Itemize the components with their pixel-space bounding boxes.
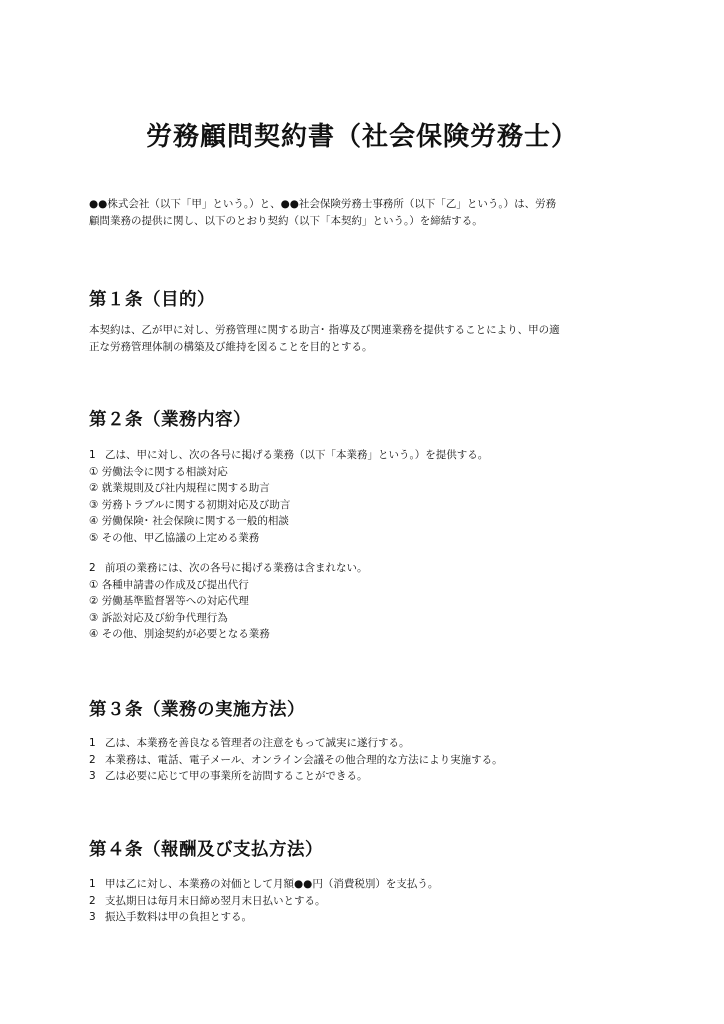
clause-text: 甲は乙に対し、本業務の対価として月額●●円（消費税別）を支払う。 — [105, 878, 438, 890]
clause-number: 2 — [89, 560, 105, 577]
clause-text: 支払期日は毎月末日締め翌月末日払いとする。 — [105, 895, 326, 907]
article-2-clause-1: 1乙は、甲に対し、次の各号に掲げる業務（以下「本業務」という。）を提供する。 ①… — [89, 447, 488, 546]
article-3-clauses: 1乙は、本業務を善良なる管理者の注意をもって誠実に遂行する。 2本業務は、電話、… — [89, 735, 503, 785]
list-item: ③ 訴訟対応及び紛争代理行為 — [89, 610, 368, 627]
article-1-body: 本契約は、乙が甲に対し、労務管理に関する助言･ 指導及び関連業務を提供することに… — [89, 322, 649, 356]
clause-number: 2 — [89, 752, 105, 769]
list-item: ① 各種申請書の作成及び提出代行 — [89, 577, 368, 594]
list-item: ④ 労働保険･ 社会保険に関する一般的相談 — [89, 513, 488, 530]
clause-text: 本業務は、電話、電子メール、オンライン会議その他合理的な方法により実施する。 — [105, 754, 503, 766]
clause-line: 2前項の業務には、次の各号に掲げる業務は含まれない。 — [89, 560, 368, 577]
clause-number: 2 — [89, 893, 105, 910]
intro-line: 顧問業務の提供に関し、以下のとおり契約（以下「本契約」という。）を締結する。 — [89, 213, 649, 230]
clause-line: 2本業務は、電話、電子メール、オンライン会議その他合理的な方法により実施する。 — [89, 752, 503, 769]
document-title: 労務顧問契約書（社会保険労務士） — [0, 116, 724, 153]
clause-number: 1 — [89, 735, 105, 752]
clause-line: 1乙は、甲に対し、次の各号に掲げる業務（以下「本業務」という。）を提供する。 — [89, 447, 488, 464]
clause-number: 1 — [89, 447, 105, 464]
clause-line: 2支払期日は毎月末日締め翌月末日払いとする。 — [89, 893, 438, 910]
list-item: ① 労働法令に関する相談対応 — [89, 464, 488, 481]
article-1-line: 正な労務管理体制の構築及び維持を図ることを目的とする。 — [89, 339, 649, 356]
list-item: ④ その他、別途契約が必要となる業務 — [89, 626, 368, 643]
article-2-heading: 第２条（業務内容） — [89, 406, 251, 431]
article-1-line: 本契約は、乙が甲に対し、労務管理に関する助言･ 指導及び関連業務を提供することに… — [89, 322, 649, 339]
list-item: ⑤ その他、甲乙協議の上定める業務 — [89, 530, 488, 547]
article-4-clauses: 1甲は乙に対し、本業務の対価として月額●●円（消費税別）を支払う。 2支払期日は… — [89, 876, 438, 926]
intro-line: ●●株式会社（以下「甲」という。）と、●●社会保険労務士事務所（以下「乙」という… — [89, 196, 649, 213]
list-item: ② 労働基準監督署等への対応代理 — [89, 593, 368, 610]
clause-line: 3振込手数料は甲の負担とする。 — [89, 909, 438, 926]
article-3-heading: 第３条（業務の実施方法） — [89, 696, 305, 721]
clause-line: 1乙は、本業務を善良なる管理者の注意をもって誠実に遂行する。 — [89, 735, 503, 752]
article-1-heading: 第１条（目的） — [89, 286, 215, 311]
clause-text: 乙は、本業務を善良なる管理者の注意をもって誠実に遂行する。 — [105, 737, 410, 749]
clause-line: 1甲は乙に対し、本業務の対価として月額●●円（消費税別）を支払う。 — [89, 876, 438, 893]
clause-number: 1 — [89, 876, 105, 893]
clause-text: 振込手数料は甲の負担とする。 — [105, 911, 252, 923]
clause-text: 前項の業務には、次の各号に掲げる業務は含まれない。 — [105, 562, 368, 574]
clause-number: 3 — [89, 768, 105, 785]
article-2-clause-2: 2前項の業務には、次の各号に掲げる業務は含まれない。 ① 各種申請書の作成及び提… — [89, 560, 368, 643]
document-page: 労務顧問契約書（社会保険労務士） ●●株式会社（以下「甲」という。）と、●●社会… — [0, 0, 724, 1024]
article-4-heading: 第４条（報酬及び支払方法） — [89, 836, 323, 861]
list-item: ③ 労務トラブルに関する初期対応及び助言 — [89, 497, 488, 514]
clause-text: 乙は必要に応じて甲の事業所を訪問することができる。 — [105, 770, 368, 782]
clause-text: 乙は、甲に対し、次の各号に掲げる業務（以下「本業務」という。）を提供する。 — [105, 449, 488, 461]
list-item: ② 就業規則及び社内規程に関する助言 — [89, 480, 488, 497]
clause-line: 3乙は必要に応じて甲の事業所を訪問することができる。 — [89, 768, 503, 785]
intro-paragraph: ●●株式会社（以下「甲」という。）と、●●社会保険労務士事務所（以下「乙」という… — [89, 196, 649, 230]
clause-number: 3 — [89, 909, 105, 926]
